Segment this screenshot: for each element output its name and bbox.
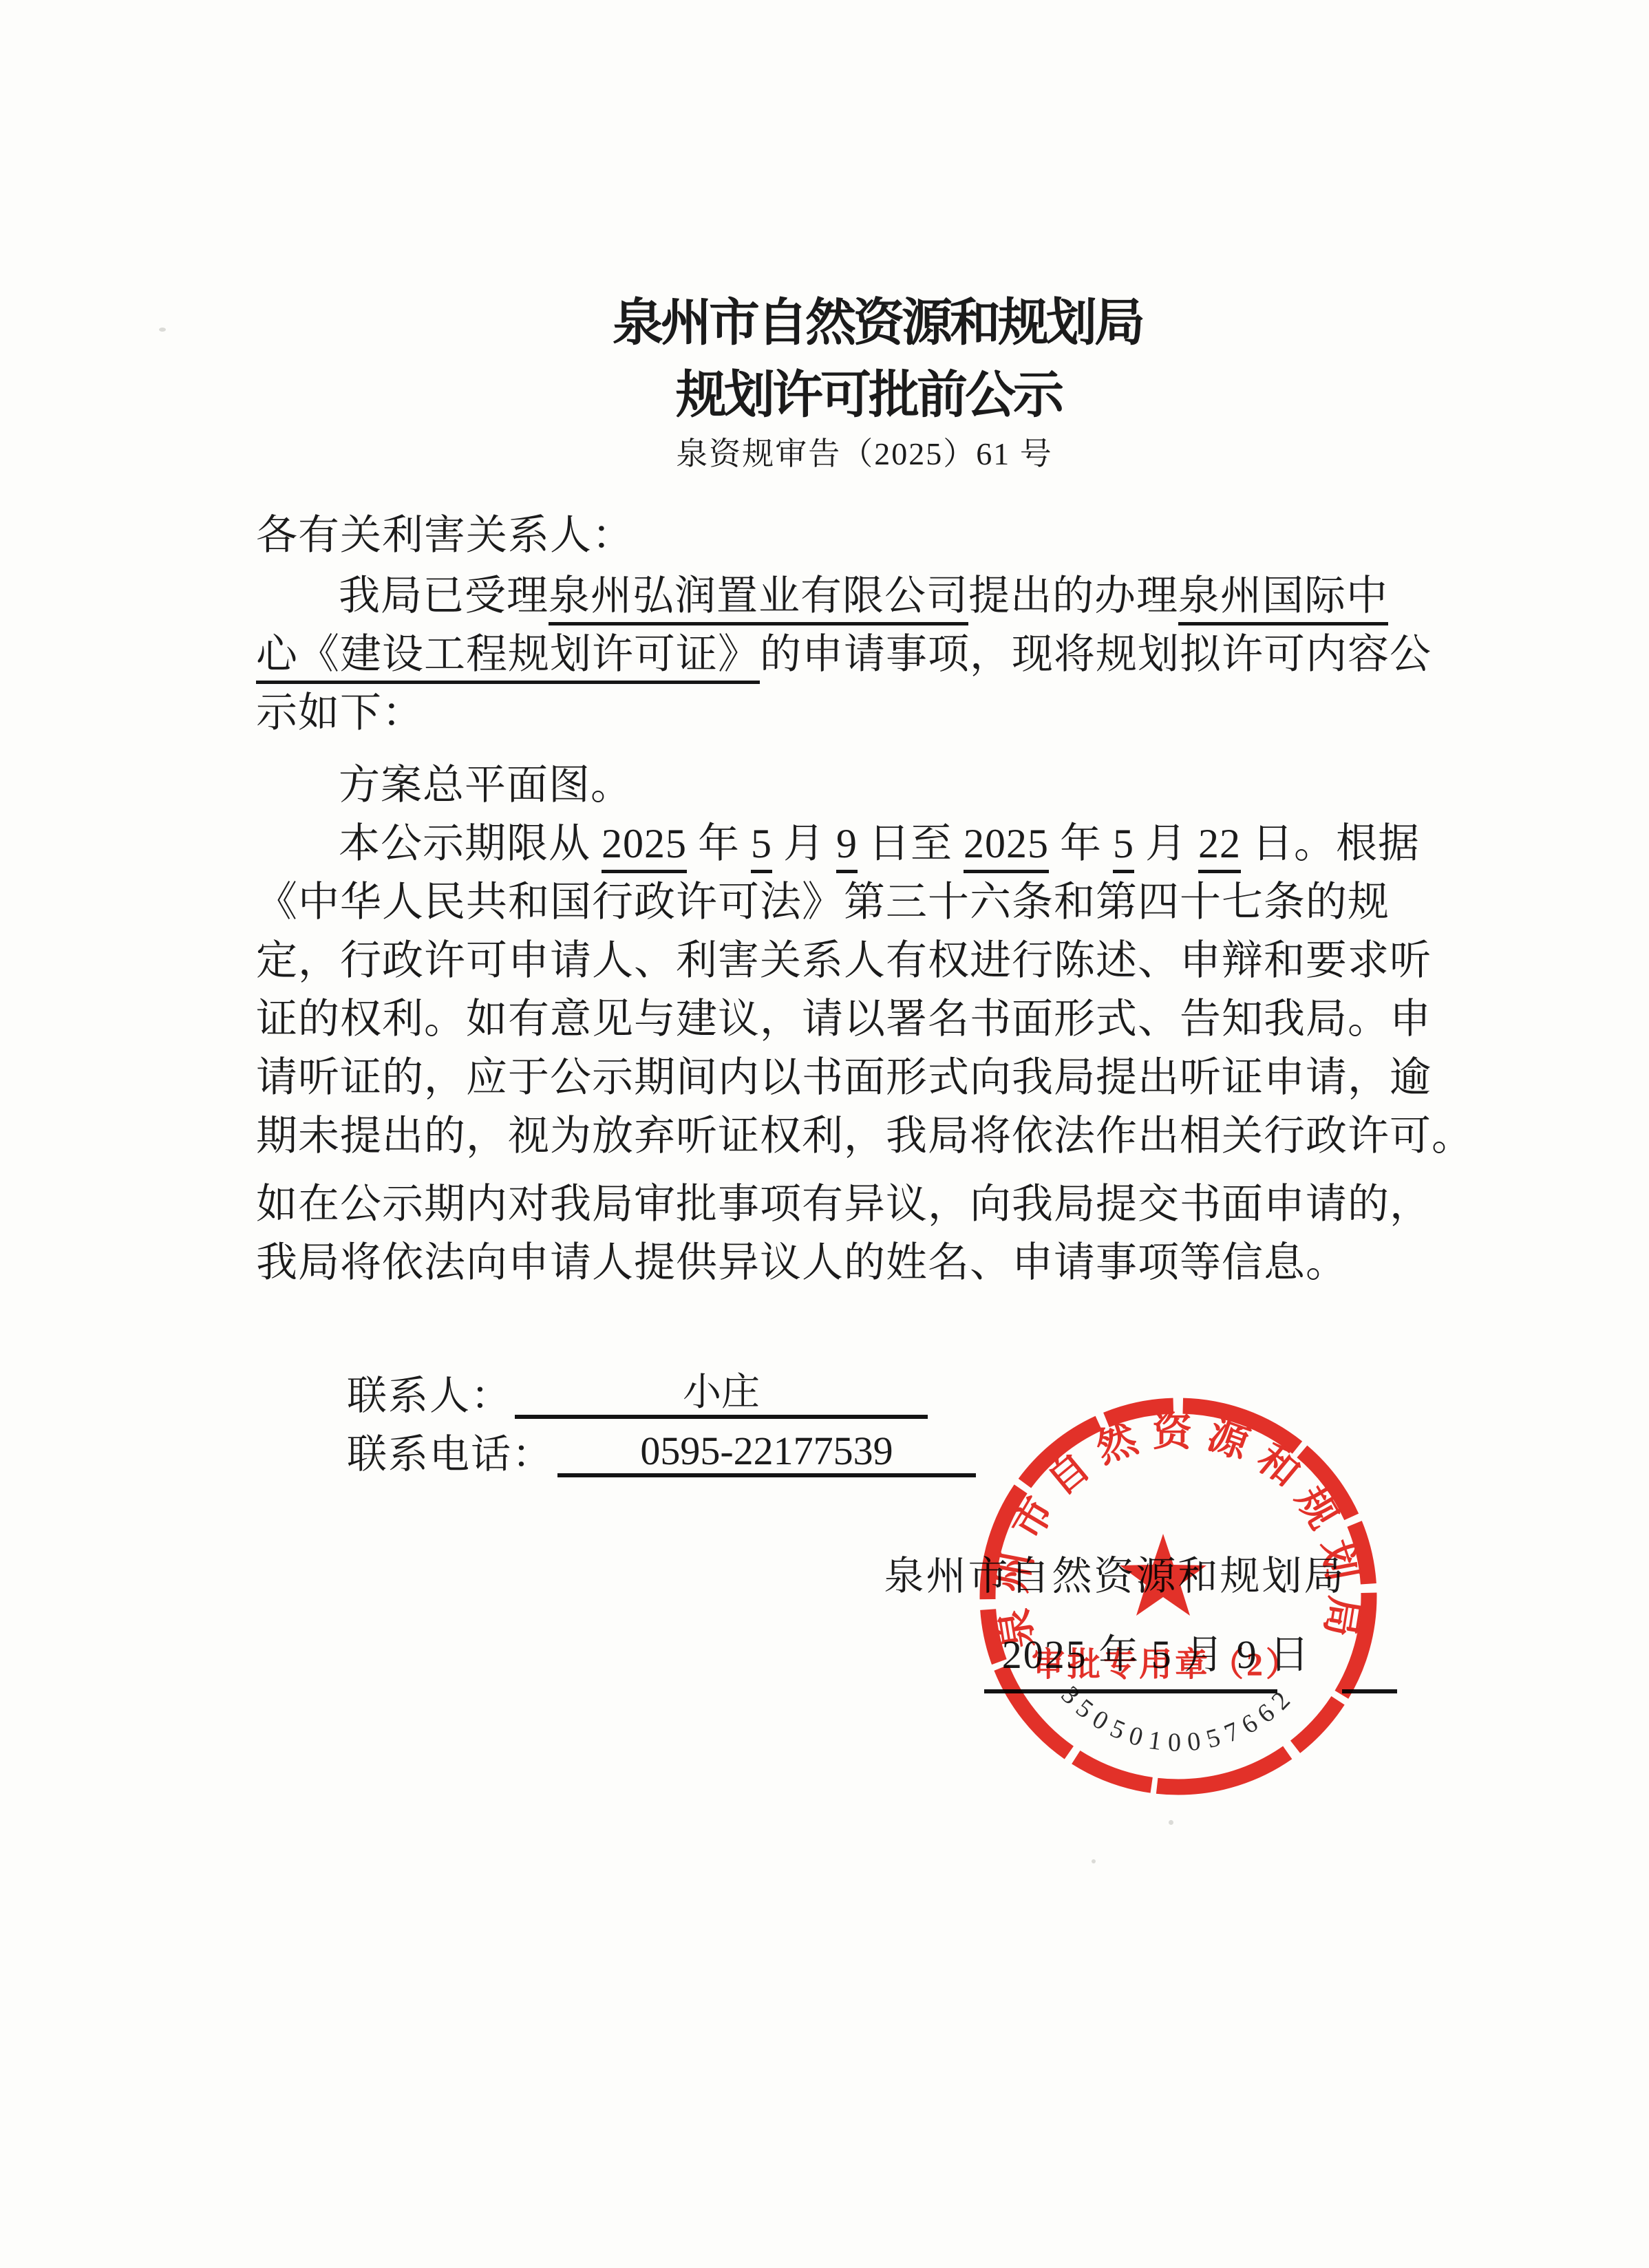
svg-text:泉州市自然资源和规划局: 泉州市自然资源和规划局 [989, 1409, 1367, 1651]
body-line: 方案总平面图。 [339, 756, 632, 815]
seal-star-icon [1120, 1534, 1206, 1616]
page-title-line2: 规划许可批前公示 [676, 361, 1061, 430]
scan-speck [159, 328, 166, 332]
contact-person-value: 小庄 [515, 1371, 928, 1419]
body-line: 示如下： [256, 684, 424, 742]
body-line: 我局将依法向申请人提供异议人的姓名、申请事项等信息。 [256, 1234, 1348, 1292]
seal-bottom-text: 审批专用章（2） [1032, 1646, 1301, 1683]
notice-page: 泉州市自然资源和规划局 规划许可批前公示 泉资规审告（2025）61 号 各有关… [0, 0, 1649, 2268]
seal-arc-text: 泉州市自然资源和规划局 [989, 1409, 1367, 1651]
body-line-public-period: 本公示期限从 2025 年 5 月 9 日至 2025 年 5 月 22 日。根… [339, 815, 1420, 873]
body-line: 心《建设工程规划许可证》的申请事项，现将规划拟许可内容公 [256, 625, 1432, 684]
svg-text:3505010057662: 3505010057662 [1056, 1680, 1301, 1757]
body-line: 定，行政许可申请人、利害关系人有权进行陈述、申辩和要求听 [256, 932, 1432, 990]
body-line: 期未提出的，视为放弃听证权利，我局将依法作出相关行政许可。 [256, 1107, 1474, 1166]
seal-serial: 3505010057662 [1056, 1680, 1301, 1757]
body-line: 如在公示期内对我局审批事项有异议，向我局提交书面申请的， [256, 1175, 1432, 1234]
contact-phone-value: 0595-22177539 [557, 1429, 976, 1477]
doc-number: 泉资规审告（2025）61 号 [676, 434, 1053, 475]
body-line: 证的权利。如有意见与建议，请以署名书面形式、告知我局。申 [256, 990, 1432, 1049]
body-line: 请听证的，应于公示期间内以书面形式向我局提出听证申请，逾 [256, 1049, 1432, 1107]
page-title-line1: 泉州市自然资源和规划局 [613, 289, 1142, 358]
body-line: 我局已受理泉州弘润置业有限公司提出的办理泉州国际中 [339, 567, 1388, 625]
contact-phone-label: 联系电话： [347, 1425, 553, 1484]
body-line: 《中华人民共和国行政许可法》第三十六条和第四十七条的规 [256, 873, 1390, 932]
scan-speck [1092, 1859, 1096, 1863]
scan-speck [1169, 1820, 1173, 1825]
contact-person-label: 联系人： [347, 1367, 512, 1425]
body-line-salutation: 各有关利害关系人： [256, 506, 634, 565]
official-seal: 泉州市自然资源和规划局 审批专用章（2） 3505010057662 [972, 1390, 1385, 1803]
